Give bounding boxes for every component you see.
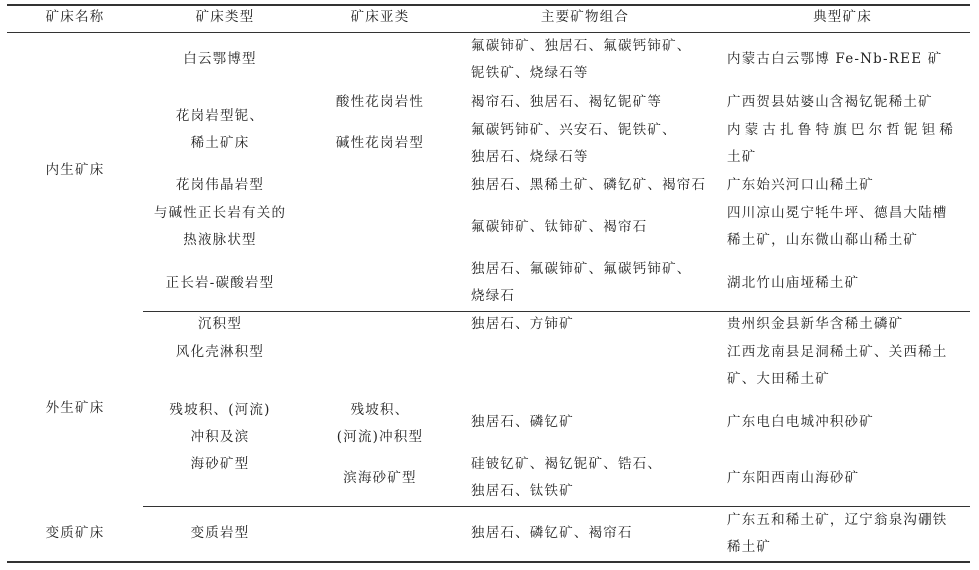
type-metamorphic-rock: 变质岩型 [150, 520, 290, 547]
deposit-row4-line1: 四川凉山冕宁牦牛坪、德昌大陆槽 [727, 200, 948, 227]
header-deposit-type: 矿床类型 [160, 4, 290, 31]
minerals-row4: 氟碳铈矿、钛铈矿、褐帘石 [471, 214, 647, 241]
deposit-row7-line2: 矿、大田稀土矿 [727, 366, 830, 393]
group-exogenous: 外生矿床 [20, 395, 130, 422]
type-residual-line2: 冲积及滨 [150, 424, 290, 451]
type-sedimentary: 沉积型 [150, 311, 290, 338]
type-hydrothermal-line1: 与碱性正长岩有关的 [140, 200, 300, 227]
deposit-row10-line1: 广东五和稀土矿，辽宁翁泉沟硼铁 [727, 507, 948, 534]
type-residual-line3: 海砂矿型 [150, 451, 290, 478]
group-metamorphic: 变质矿床 [20, 520, 130, 547]
subtype-residual-line1: 残坡积、 [310, 397, 450, 424]
header-deposit-name: 矿床名称 [20, 4, 130, 31]
minerals-row5-line1: 独居石、氟碳铈矿、氟碳钙铈矿、 [471, 256, 692, 283]
deposit-row0: 内蒙古白云鄂博 Fe-Nb-REE 矿 [727, 46, 942, 73]
group-endogenous: 内生矿床 [20, 157, 130, 184]
deposit-row7-line1: 江西龙南县足洞稀土矿、关西稀土 [727, 339, 948, 366]
minerals-row9-line2: 独居石、钛铁矿 [471, 478, 574, 505]
header-mineral-assemblage: 主要矿物组合 [470, 4, 700, 31]
subtype-residual-line2: (河流)冲积型 [310, 424, 450, 451]
subtype-alkaline-granite: 碱性花岗岩型 [310, 130, 450, 157]
bottom-rule [7, 561, 970, 563]
minerals-row6: 独居石、方铈矿 [471, 311, 574, 338]
minerals-row1: 褐帘石、独居石、褐钇铌矿等 [471, 89, 662, 116]
subtype-littoral-placer: 滨海砂矿型 [310, 465, 450, 492]
minerals-row0-line2: 铌铁矿、烧绿石等 [471, 60, 589, 87]
deposit-row2-line1: 内蒙古扎鲁特旗巴尔哲铌钽稀 [727, 117, 957, 144]
type-hydrothermal-line2: 热液脉状型 [150, 227, 290, 254]
minerals-row5-line2: 烧绿石 [471, 283, 515, 310]
type-granite-line1: 花岗岩型铌、 [150, 103, 290, 130]
minerals-row10: 独居石、磷钇矿、褐帘石 [471, 520, 633, 547]
type-syenite-carbonatite: 正长岩-碳酸岩型 [150, 270, 290, 297]
header-typical-deposit: 典型矿床 [725, 4, 960, 31]
subtype-acidic-granite: 酸性花岗岩性 [310, 89, 450, 116]
deposit-row1: 广西贺县姑婆山含褐钇铌稀土矿 [727, 89, 933, 116]
deposit-row5: 湖北竹山庙垭稀土矿 [727, 270, 859, 297]
minerals-row0-line1: 氟碳铈矿、独居石、氟碳钙铈矿、 [471, 33, 692, 60]
minerals-row3: 独居石、黑稀土矿、磷钇矿、褐帘石 [471, 172, 706, 199]
deposit-row6: 贵州织金县新华含稀土磷矿 [727, 311, 903, 338]
type-pegmatite: 花岗伟晶岩型 [150, 172, 290, 199]
minerals-row2-line1: 氟碳钙铈矿、兴安石、铌铁矿、 [471, 117, 677, 144]
type-granite-line2: 稀土矿床 [150, 130, 290, 157]
deposit-row8: 广东电白电城冲积砂矿 [727, 409, 874, 436]
minerals-row2-line2: 独居石、烧绿石等 [471, 144, 589, 171]
minerals-row8: 独居石、磷钇矿 [471, 409, 574, 436]
deposit-row9: 广东阳西南山海砂矿 [727, 465, 859, 492]
header-deposit-subtype: 矿床亚类 [315, 4, 445, 31]
deposit-row10-line2: 稀土矿 [727, 534, 771, 561]
type-residual-line1: 残坡积、(河流) [150, 397, 290, 424]
deposit-row2-line2: 土矿 [727, 144, 756, 171]
type-weathering-crust: 风化壳淋积型 [150, 339, 290, 366]
deposit-row4-line2: 稀土矿，山东微山郗山稀土矿 [727, 227, 918, 254]
type-bayan-obo: 白云鄂博型 [150, 46, 290, 73]
minerals-row9-line1: 硅铍钇矿、褐钇铌矿、锆石、 [471, 451, 662, 478]
deposit-row3: 广东始兴河口山稀土矿 [727, 172, 874, 199]
